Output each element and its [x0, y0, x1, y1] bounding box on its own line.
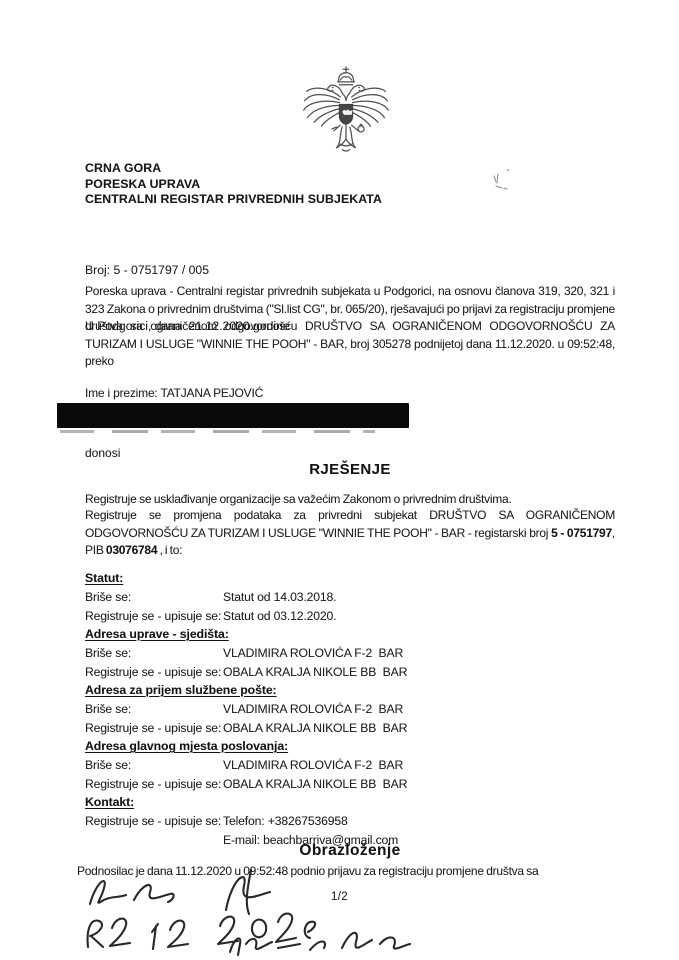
table-row: Briše se: VLADIMIRA ROLOVIĆA F-2 BAR	[85, 700, 615, 719]
table-row: Briše se: VLADIMIRA ROLOVIĆA F-2 BAR	[85, 756, 615, 775]
decision-text-part3: , i to:	[157, 543, 182, 557]
header-registry: CENTRALNI REGISTAR PRIVREDNIH SUBJEKATA	[85, 192, 382, 208]
row-label: Briše se:	[85, 644, 223, 663]
changes-block: Statut: Briše se: Statut od 14.03.2018. …	[85, 569, 615, 849]
row-label: Registruje se - upisuje se:	[85, 719, 223, 738]
row-value: Telefon: +38267536958	[223, 812, 348, 831]
row-label: Briše se:	[85, 700, 223, 719]
decision-text-part1: Registruje se promjena podataka za privr…	[85, 508, 615, 540]
row-value: VLADIMIRA ROLOVIĆA F-2 BAR	[223, 756, 403, 775]
row-label: Registruje se - upisuje se:	[85, 812, 223, 831]
row-label: Registruje se - upisuje se:	[85, 607, 223, 626]
table-row: Registruje se - upisuje se: Statut od 03…	[85, 607, 615, 626]
row-label: Briše se:	[85, 756, 223, 775]
montenegro-coat-of-arms-icon	[299, 64, 393, 160]
doc-number-line: Broj: 5 - 0751797 / 005	[85, 261, 290, 280]
table-row: Briše se: VLADIMIRA ROLOVIĆA F-2 BAR	[85, 644, 615, 663]
intro-paragraph: Poreska uprava - Centralni registar priv…	[85, 283, 615, 371]
table-row: Briše se: Statut od 14.03.2018.	[85, 588, 615, 607]
table-row: Registruje se - upisuje se: OBALA KRALJA…	[85, 663, 615, 682]
section-heading-statut: Statut:	[85, 569, 615, 588]
row-value: Statut od 14.03.2018.	[223, 588, 336, 607]
scan-smudge-artifact	[486, 166, 518, 198]
decision-paragraph: Registruje se promjena podataka za privr…	[85, 507, 615, 560]
section-heading-adresa-uprave: Adresa uprave - sjedišta:	[85, 625, 615, 644]
table-row: Registruje se - upisuje se: OBALA KRALJA…	[85, 775, 615, 794]
section-heading-adresa-poste: Adresa za prijem službene pošte:	[85, 681, 615, 700]
row-value: VLADIMIRA ROLOVIĆA F-2 BAR	[223, 644, 403, 663]
header-country: CRNA GORA	[85, 161, 382, 177]
redacted-text-remnant	[60, 430, 375, 433]
submitter-name-line: Ime i prezime: TATJANA PEJOVIĆ	[85, 386, 615, 400]
row-label: Registruje se - upisuje se:	[85, 663, 223, 682]
section-heading-kontakt: Kontakt:	[85, 793, 615, 812]
registry-number: 5 - 0751797	[551, 526, 612, 540]
redaction-bar	[57, 403, 409, 428]
row-value: Statut od 03.12.2020.	[223, 607, 336, 626]
row-value: VLADIMIRA ROLOVIĆA F-2 BAR	[223, 700, 403, 719]
row-value: OBALA KRALJA NIKOLE BB BAR	[223, 719, 407, 738]
table-row: Registruje se - upisuje se: Telefon: +38…	[85, 812, 615, 831]
header-agency: PORESKA UPRAVA	[85, 177, 382, 193]
row-value: OBALA KRALJA NIKOLE BB BAR	[223, 663, 407, 682]
donosi-line: donosi	[85, 446, 615, 460]
intro-block: Poreska uprava - Centralni registar priv…	[85, 283, 615, 460]
scanned-document-page: CRNA GORA PORESKA UPRAVA CENTRALNI REGIS…	[0, 0, 679, 960]
decision-block: RJEŠENJE Registruje se usklađivanje orga…	[85, 461, 615, 560]
decision-line1: Registruje se usklađivanje organizacije …	[85, 492, 615, 506]
row-value: OBALA KRALJA NIKOLE BB BAR	[223, 775, 407, 794]
decision-title: RJEŠENJE	[85, 461, 615, 478]
pib-number: 03076784	[106, 543, 157, 557]
table-row: Registruje se - upisuje se: OBALA KRALJA…	[85, 719, 615, 738]
document-header: CRNA GORA PORESKA UPRAVA CENTRALNI REGIS…	[85, 161, 382, 208]
handwritten-signature-marks	[58, 854, 528, 960]
row-label: Briše se:	[85, 588, 223, 607]
row-label: Registruje se - upisuje se:	[85, 775, 223, 794]
section-heading-adresa-poslovanja: Adresa glavnog mjesta poslovanja:	[85, 737, 615, 756]
